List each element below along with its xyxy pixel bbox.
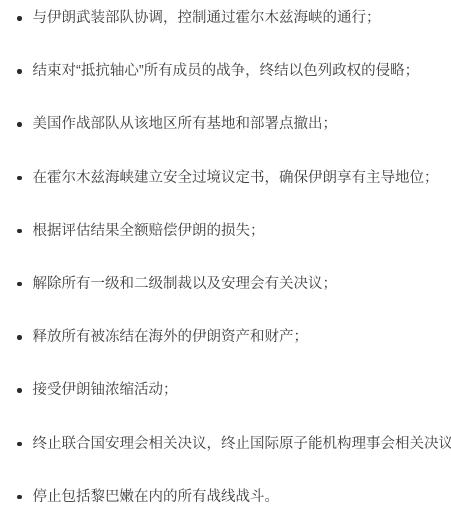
list-item-text: 停止包括黎巴嫩在内的所有战线战斗。 [33, 487, 444, 508]
list-item-text: 终止联合国安理会相关决议，终止国际原子能机构理事会相关决议； [33, 434, 451, 455]
bullet-icon [17, 495, 22, 500]
list-item-text: 接受伊朗铀浓缩活动； [33, 380, 444, 401]
list-item-text: 根据评估结果全额赔偿伊朗的损失； [33, 221, 444, 242]
bullet-icon [17, 335, 22, 340]
list-item-text: 在霍尔木兹海峡建立安全过境议定书，确保伊朗享有主导地位； [33, 168, 444, 189]
demands-bullet-list: 与伊朗武装部队协调，控制通过霍尔木兹海峡的通行； 结束对“抵抗轴心”所有成员的战… [0, 0, 451, 508]
bullet-icon [17, 122, 22, 127]
list-item-text: 解除所有一级和二级制裁以及安理会有关决议； [33, 274, 444, 295]
list-item: 终止联合国安理会相关决议，终止国际原子能机构理事会相关决议； [17, 434, 443, 455]
list-item: 释放所有被冻结在海外的伊朗资产和财产； [17, 327, 443, 348]
bullet-icon [17, 16, 22, 21]
bullet-icon [17, 282, 22, 287]
list-item: 美国作战部队从该地区所有基地和部署点撤出； [17, 114, 443, 135]
bullet-icon [17, 388, 22, 393]
bullet-icon [17, 176, 22, 181]
list-item: 结束对“抵抗轴心”所有成员的战争，终结以色列政权的侵略； [17, 61, 443, 82]
list-item: 解除所有一级和二级制裁以及安理会有关决议； [17, 274, 443, 295]
bullet-icon [17, 442, 22, 447]
list-item-text: 释放所有被冻结在海外的伊朗资产和财产； [33, 327, 444, 348]
list-item-text: 与伊朗武装部队协调，控制通过霍尔木兹海峡的通行； [33, 8, 444, 29]
list-item-text: 结束对“抵抗轴心”所有成员的战争，终结以色列政权的侵略； [33, 61, 444, 82]
list-item: 根据评估结果全额赔偿伊朗的损失； [17, 221, 443, 242]
list-item: 在霍尔木兹海峡建立安全过境议定书，确保伊朗享有主导地位； [17, 168, 443, 189]
list-item: 停止包括黎巴嫩在内的所有战线战斗。 [17, 487, 443, 508]
bullet-icon [17, 229, 22, 234]
list-item-text: 美国作战部队从该地区所有基地和部署点撤出； [33, 114, 444, 135]
list-item: 接受伊朗铀浓缩活动； [17, 380, 443, 401]
article-body: 与伊朗武装部队协调，控制通过霍尔木兹海峡的通行； 结束对“抵抗轴心”所有成员的战… [0, 0, 451, 508]
bullet-icon [17, 69, 22, 74]
list-item: 与伊朗武装部队协调，控制通过霍尔木兹海峡的通行； [17, 8, 443, 29]
